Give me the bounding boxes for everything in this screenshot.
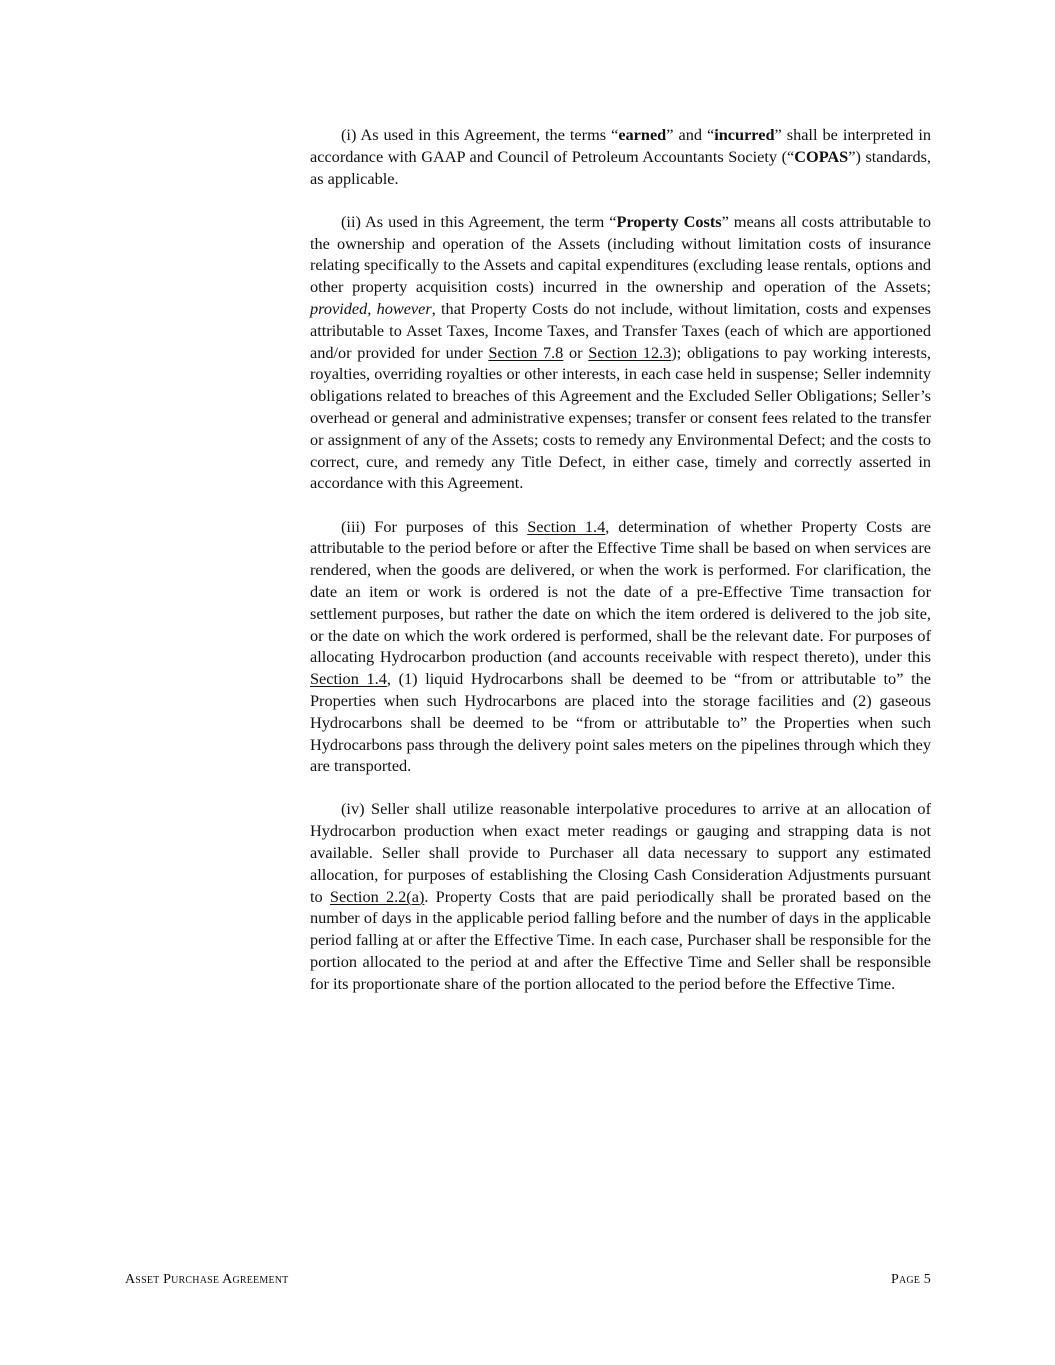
section-reference-link[interactable]: Section 2.2(a) (330, 887, 424, 906)
defined-term: COPAS (794, 147, 848, 166)
defined-term: incurred (714, 125, 774, 144)
defined-term: earned (618, 125, 666, 144)
text-run: (i) As used in this Agreement, the terms… (341, 125, 618, 144)
text-run: or (563, 343, 588, 362)
footer-page-number: Page 5 (891, 1272, 931, 1288)
italic-phrase: provided, however (310, 299, 432, 318)
section-reference-link[interactable]: Section 7.8 (488, 343, 563, 362)
page-footer: Asset Purchase Agreement Page 5 (125, 1272, 931, 1288)
defined-term: Property Costs (617, 212, 722, 231)
section-reference-link[interactable]: Section 12.3 (588, 343, 671, 362)
footer-document-title: Asset Purchase Agreement (125, 1272, 289, 1288)
text-run: (ii) As used in this Agreement, the term… (341, 212, 617, 231)
text-run: , (1) liquid Hydrocarbons shall be deeme… (310, 669, 931, 775)
text-run: , determination of whether Property Cost… (310, 517, 931, 667)
paragraph-ii: (ii) As used in this Agreement, the term… (310, 211, 931, 494)
text-run: (iii) For purposes of this (341, 517, 527, 536)
section-reference-link[interactable]: Section 1.4 (310, 669, 387, 688)
paragraph-iv: (iv) Seller shall utilize reasonable int… (310, 798, 931, 994)
text-run: ” and “ (666, 125, 714, 144)
paragraph-i: (i) As used in this Agreement, the terms… (310, 124, 931, 189)
paragraph-iii: (iii) For purposes of this Section 1.4, … (310, 516, 931, 778)
section-reference-link[interactable]: Section 1.4 (527, 517, 605, 536)
document-body: (i) As used in this Agreement, the terms… (310, 124, 931, 1016)
text-run: ); obligations to pay working interests,… (310, 343, 931, 493)
